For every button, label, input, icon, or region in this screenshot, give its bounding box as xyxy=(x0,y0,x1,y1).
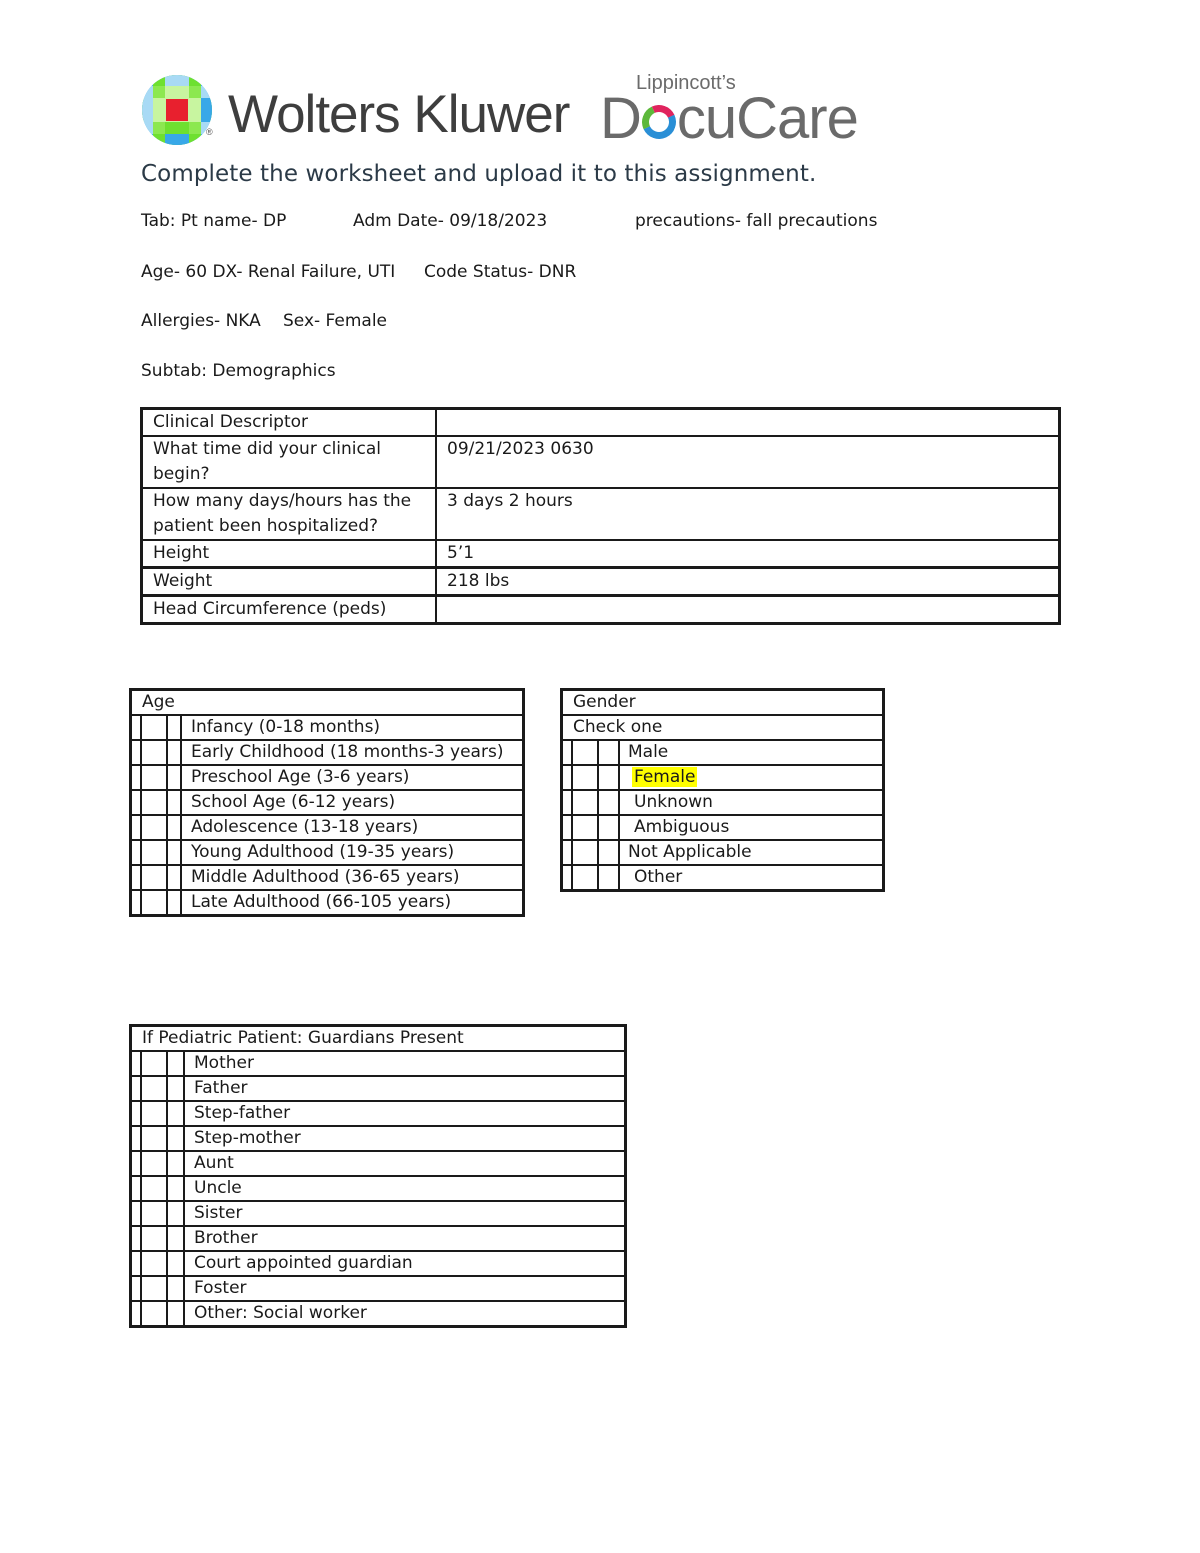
checkbox[interactable] xyxy=(141,840,167,865)
list-item: Adolescence (13-18 years) xyxy=(131,815,524,840)
list-item: Step-mother xyxy=(131,1126,626,1151)
option-label: Other: Social worker xyxy=(184,1301,626,1327)
table-row: What time did your clinical begin? 09/21… xyxy=(142,436,1060,488)
question-cell: Weight xyxy=(142,568,437,596)
clinical-descriptor-header-value xyxy=(436,409,1060,437)
list-item: Female xyxy=(562,765,884,790)
option-label: Sister xyxy=(184,1201,626,1226)
list-item: Early Childhood (18 months-3 years) xyxy=(131,740,524,765)
option-label: Ambiguous xyxy=(619,815,884,840)
checkbox[interactable] xyxy=(141,1151,167,1176)
list-item: Other xyxy=(562,865,884,891)
product-name-start: D xyxy=(600,86,641,151)
checkbox[interactable] xyxy=(141,1251,167,1276)
list-item: Unknown xyxy=(562,790,884,815)
option-label: Middle Adulthood (36-65 years) xyxy=(181,865,524,890)
checkbox[interactable] xyxy=(141,1051,167,1076)
list-item: Step-father xyxy=(131,1101,626,1126)
option-label: School Age (6-12 years) xyxy=(181,790,524,815)
checkbox[interactable] xyxy=(141,790,167,815)
option-label: Late Adulthood (66-105 years) xyxy=(181,890,524,916)
list-item: Not Applicable xyxy=(562,840,884,865)
gender-table: Gender Check one Male Female Unknown Amb… xyxy=(560,688,885,892)
option-label: Not Applicable xyxy=(619,840,884,865)
guardians-header: If Pediatric Patient: Guardians Present xyxy=(131,1026,626,1052)
option-label: Young Adulthood (19-35 years) xyxy=(181,840,524,865)
checkbox[interactable] xyxy=(141,1301,167,1327)
checkbox[interactable] xyxy=(572,740,598,765)
checkbox[interactable] xyxy=(141,715,167,740)
list-item: Ambiguous xyxy=(562,815,884,840)
docucare-ring-icon xyxy=(637,100,681,144)
checkbox[interactable] xyxy=(572,865,598,891)
checkbox[interactable] xyxy=(141,865,167,890)
subtab-label: Subtab: Demographics xyxy=(141,361,336,381)
list-item: Other: Social worker xyxy=(131,1301,626,1327)
option-label: Other xyxy=(619,865,884,891)
list-item: Preschool Age (3-6 years) xyxy=(131,765,524,790)
list-item: Aunt xyxy=(131,1151,626,1176)
clinical-descriptor-table: Clinical Descriptor What time did your c… xyxy=(140,407,1061,625)
list-item: Mother xyxy=(131,1051,626,1076)
table-subheader-row: Check one xyxy=(562,715,884,740)
gender-subheader: Check one xyxy=(562,715,884,740)
age-diagnosis: Age- 60 DX- Renal Failure, UTI xyxy=(141,262,395,282)
checkbox[interactable] xyxy=(141,1076,167,1101)
instruction-text: Complete the worksheet and upload it to … xyxy=(141,161,816,187)
product-wordmark: DcuCare xyxy=(600,84,858,154)
table-row: Head Circumference (peds) xyxy=(142,596,1060,624)
option-label: Step-father xyxy=(184,1101,626,1126)
checkbox[interactable] xyxy=(572,840,598,865)
checkbox[interactable] xyxy=(141,765,167,790)
clinical-descriptor-header: Clinical Descriptor xyxy=(142,409,437,437)
checkbox[interactable] xyxy=(141,815,167,840)
option-label: Uncle xyxy=(184,1176,626,1201)
table-row: How many days/hours has the patient been… xyxy=(142,488,1060,540)
answer-cell[interactable]: 09/21/2023 0630 xyxy=(436,436,1060,488)
checkbox[interactable] xyxy=(572,815,598,840)
table-row: Weight 218 lbs xyxy=(142,568,1060,596)
sex: Sex- Female xyxy=(283,311,387,331)
brand-wordmark: Wolters Kluwer xyxy=(228,80,569,150)
option-label: Court appointed guardian xyxy=(184,1251,626,1276)
checkbox[interactable] xyxy=(141,1201,167,1226)
age-header: Age xyxy=(131,690,524,716)
option-label: Aunt xyxy=(184,1151,626,1176)
answer-cell[interactable]: 3 days 2 hours xyxy=(436,488,1060,540)
option-label: Foster xyxy=(184,1276,626,1301)
product-name-end: cuCare xyxy=(677,86,858,151)
option-label: Female xyxy=(619,765,884,790)
option-label: Mother xyxy=(184,1051,626,1076)
list-item: Infancy (0-18 months) xyxy=(131,715,524,740)
option-label: Male xyxy=(619,740,884,765)
answer-cell[interactable]: 5’1 xyxy=(436,540,1060,568)
table-header-row: If Pediatric Patient: Guardians Present xyxy=(131,1026,626,1052)
option-label: Brother xyxy=(184,1226,626,1251)
list-item: Father xyxy=(131,1076,626,1101)
list-item: Middle Adulthood (36-65 years) xyxy=(131,865,524,890)
checkbox[interactable] xyxy=(141,1276,167,1301)
checkbox[interactable] xyxy=(141,740,167,765)
list-item: Male xyxy=(562,740,884,765)
option-label: Father xyxy=(184,1076,626,1101)
list-item: Brother xyxy=(131,1226,626,1251)
question-cell: How many days/hours has the patient been… xyxy=(142,488,437,540)
option-label: Early Childhood (18 months-3 years) xyxy=(181,740,524,765)
admission-date: Adm Date- 09/18/2023 xyxy=(353,211,547,231)
option-label: Step-mother xyxy=(184,1126,626,1151)
checkbox[interactable] xyxy=(141,1176,167,1201)
answer-cell[interactable]: 218 lbs xyxy=(436,568,1060,596)
checkbox[interactable] xyxy=(141,1226,167,1251)
gender-header: Gender xyxy=(562,690,884,716)
option-label: Infancy (0-18 months) xyxy=(181,715,524,740)
option-label: Adolescence (13-18 years) xyxy=(181,815,524,840)
precautions: precautions- fall precautions xyxy=(635,211,877,231)
code-status: Code Status- DNR xyxy=(424,262,576,282)
table-header-row: Clinical Descriptor xyxy=(142,409,1060,437)
wolters-kluwer-globe-icon xyxy=(141,74,213,146)
question-cell: Height xyxy=(142,540,437,568)
allergies: Allergies- NKA xyxy=(141,311,261,331)
answer-cell[interactable] xyxy=(436,596,1060,624)
question-cell: Head Circumference (peds) xyxy=(142,596,437,624)
list-item: School Age (6-12 years) xyxy=(131,790,524,815)
table-header-row: Gender xyxy=(562,690,884,716)
table-header-row: Age xyxy=(131,690,524,716)
list-item: Late Adulthood (66-105 years) xyxy=(131,890,524,916)
checkbox[interactable] xyxy=(141,890,167,916)
list-item: Foster xyxy=(131,1276,626,1301)
list-item: Uncle xyxy=(131,1176,626,1201)
checkbox[interactable] xyxy=(141,1101,167,1126)
list-item: Sister xyxy=(131,1201,626,1226)
list-item: Court appointed guardian xyxy=(131,1251,626,1276)
age-table: Age Infancy (0-18 months) Early Childhoo… xyxy=(129,688,525,917)
table-row: Height 5’1 xyxy=(142,540,1060,568)
option-label: Unknown xyxy=(619,790,884,815)
guardians-table: If Pediatric Patient: Guardians Present … xyxy=(129,1024,627,1328)
list-item: Young Adulthood (19-35 years) xyxy=(131,840,524,865)
checkbox[interactable] xyxy=(572,790,598,815)
checkbox[interactable] xyxy=(572,765,598,790)
highlighted-option: Female xyxy=(632,767,697,787)
checkbox[interactable] xyxy=(141,1126,167,1151)
registered-mark: ® xyxy=(206,127,213,137)
tab-label: Tab: Pt name- DP xyxy=(141,211,286,231)
question-cell: What time did your clinical begin? xyxy=(142,436,437,488)
option-label: Preschool Age (3-6 years) xyxy=(181,765,524,790)
